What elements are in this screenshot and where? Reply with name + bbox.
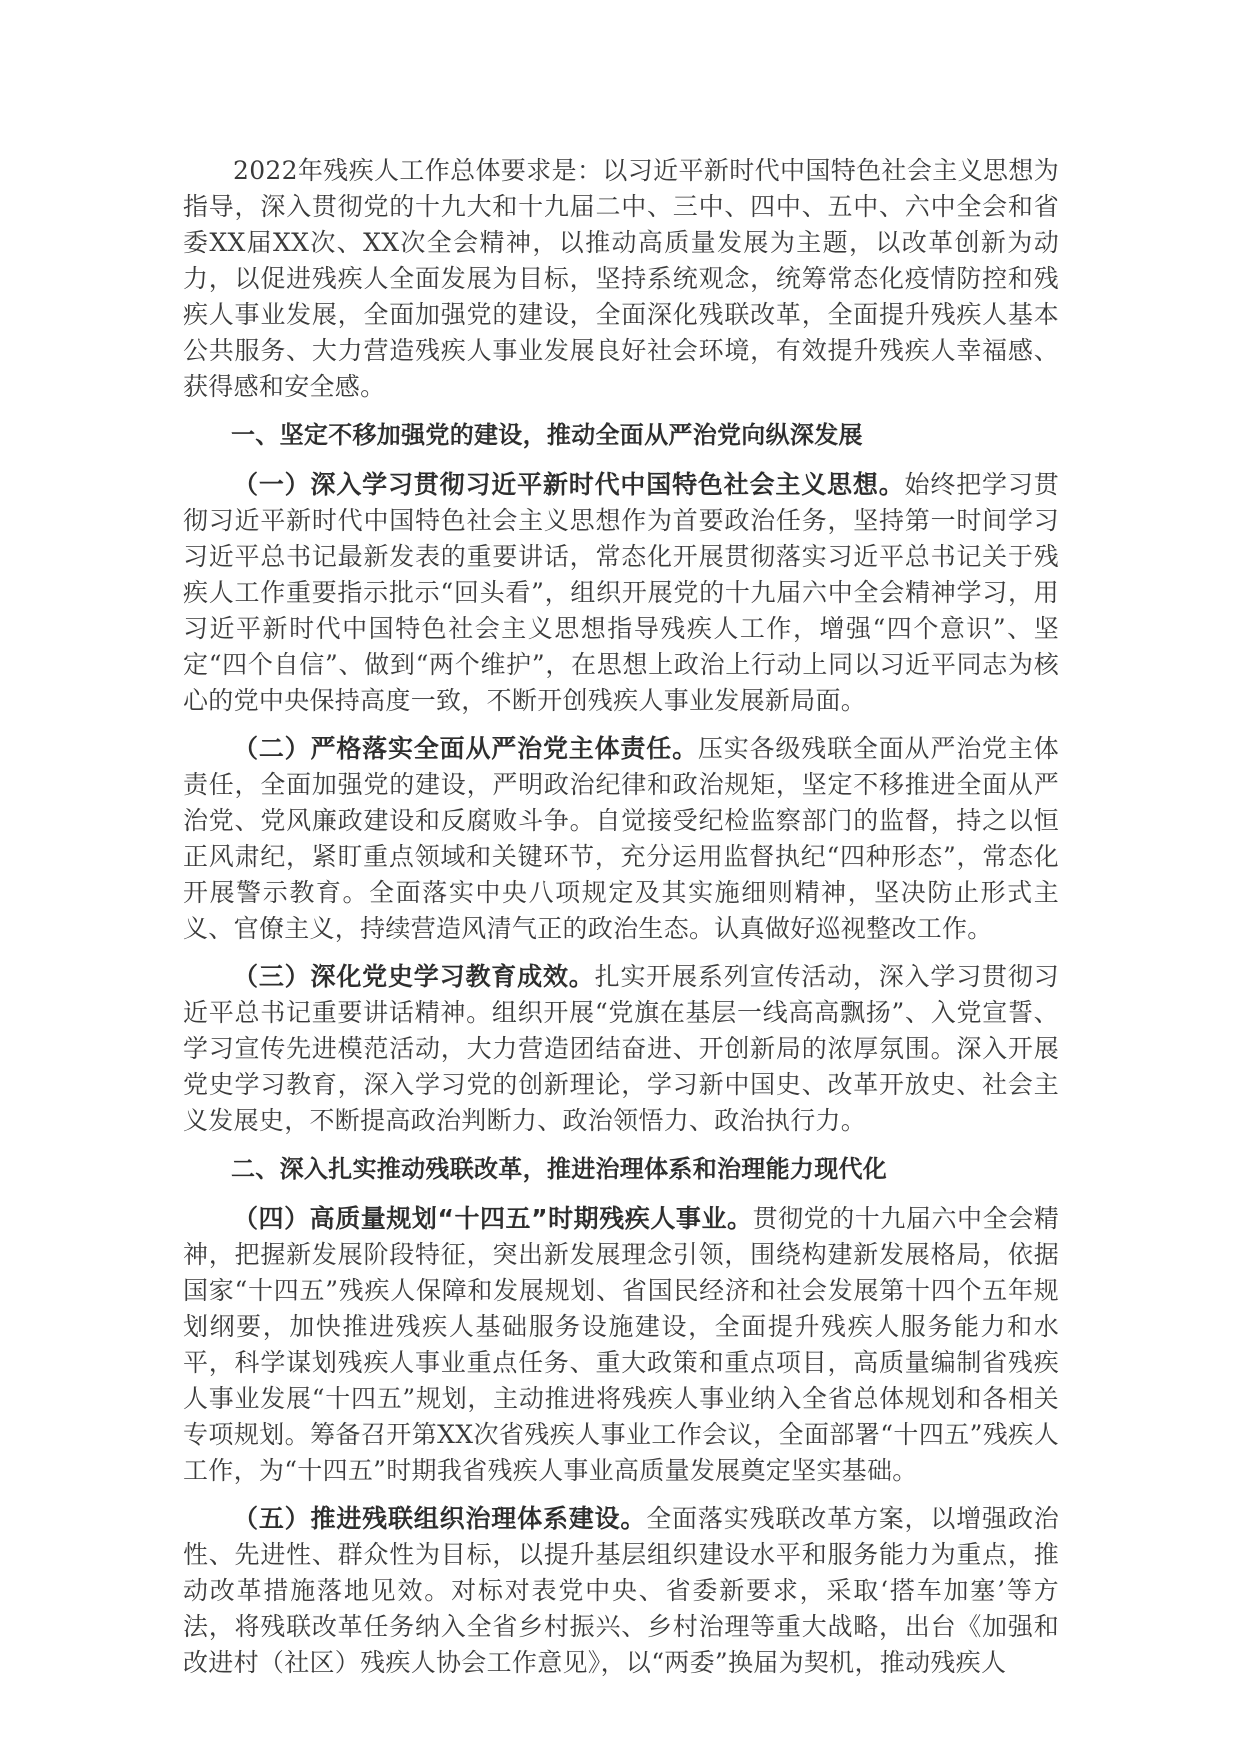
item-lead-5: （五）推进残联组织治理体系建设。 — [233, 1504, 646, 1533]
item-paragraph-5: （五）推进残联组织治理体系建设。全面落实残联改革方案，以增强政治性、先进性、群众… — [183, 1501, 1059, 1681]
intro-paragraph: 2022年残疾人工作总体要求是：以习近平新时代中国特色社会主义思想为指导，深入贯… — [183, 153, 1059, 405]
item-lead-1: （一）深入学习贯彻习近平新时代中国特色社会主义思想。 — [233, 470, 905, 499]
item-lead-2: （二）严格落实全面从严治党主体责任。 — [233, 734, 698, 763]
item-body-4: 贯彻党的十九届六中全会精神，把握新发展阶段特征，突出新发展理念引领，围绕构建新发… — [183, 1204, 1059, 1485]
section-heading-2: 二、深入扎实推动残联改革，推进治理体系和治理能力现代化 — [183, 1151, 1059, 1187]
item-paragraph-1: （一）深入学习贯彻习近平新时代中国特色社会主义思想。始终把学习贯彻习近平新时代中… — [183, 467, 1059, 719]
document-page: 2022年残疾人工作总体要求是：以习近平新时代中国特色社会主义思想为指导，深入贯… — [183, 153, 1059, 1693]
item-lead-4: （四）高质量规划“十四五”时期残疾人事业。 — [233, 1204, 753, 1233]
item-lead-3: （三）深化党史学习教育成效。 — [233, 962, 595, 991]
item-paragraph-3: （三）深化党史学习教育成效。扎实开展系列宣传活动，深入学习贯彻习近平总书记重要讲… — [183, 959, 1059, 1139]
item-body-2: 压实各级残联全面从严治党主体责任，全面加强党的建设，严明政治纪律和政治规矩，坚定… — [183, 734, 1059, 943]
item-paragraph-4: （四）高质量规划“十四五”时期残疾人事业。贯彻党的十九届六中全会精神，把握新发展… — [183, 1201, 1059, 1489]
section-heading-1: 一、坚定不移加强党的建设，推动全面从严治党向纵深发展 — [183, 417, 1059, 453]
item-body-1: 始终把学习贯彻习近平新时代中国特色社会主义思想作为首要政治任务，坚持第一时间学习… — [183, 470, 1059, 715]
item-paragraph-2: （二）严格落实全面从严治党主体责任。压实各级残联全面从严治党主体责任，全面加强党… — [183, 731, 1059, 947]
